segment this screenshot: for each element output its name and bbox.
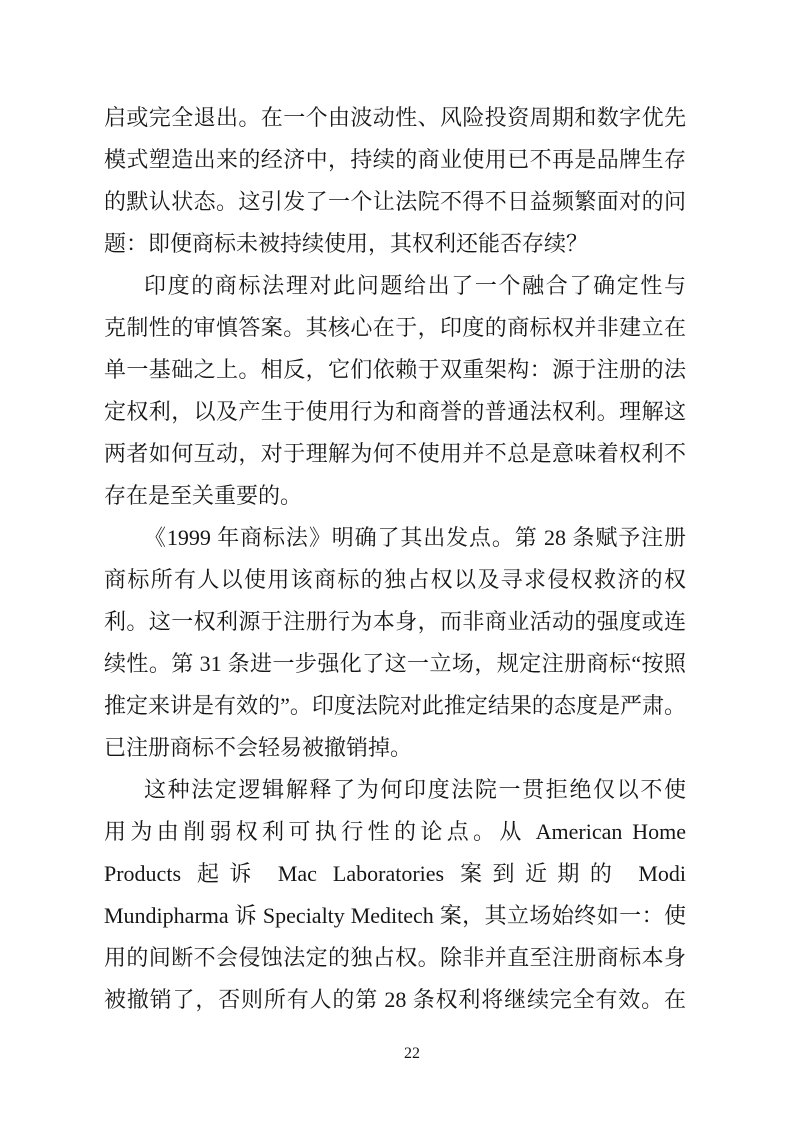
text-line: 的默认状态。这引发了一个让法院不得不日益频繁面对的问 (104, 181, 686, 223)
text-line: 推定来讲是有效的”。印度法院对此推定结果的态度是严肃。 (104, 685, 686, 727)
text-line: 存在是至关重要的。 (104, 475, 686, 517)
text-line: 被撤销了，否则所有人的第 28 条权利将继续完全有效。在 (104, 979, 686, 1021)
text-line: Mundipharma 诉 Specialty Meditech 案，其立场始终… (104, 895, 686, 937)
document-page: 启或完全退出。在一个由波动性、风险投资周期和数字优先模式塑造出来的经济中，持续的… (0, 0, 793, 1122)
text-line: 用的间断不会侵蚀法定的独占权。除非并直至注册商标本身 (104, 937, 686, 979)
text-line: 单一基础之上。相反，它们依赖于双重架构：源于注册的法 (104, 349, 686, 391)
text-line: 用为由削弱权利可执行性的论点。从 American Home (104, 811, 686, 853)
text-line: 启或完全退出。在一个由波动性、风险投资周期和数字优先 (104, 97, 686, 139)
text-line: 利。这一权利源于注册行为本身，而非商业活动的强度或连 (104, 601, 686, 643)
text-line: 两者如何互动，对于理解为何不使用并不总是意味着权利不 (104, 433, 686, 475)
text-line: 这种法定逻辑解释了为何印度法院一贯拒绝仅以不使 (104, 769, 686, 811)
document-body: 启或完全退出。在一个由波动性、风险投资周期和数字优先模式塑造出来的经济中，持续的… (104, 97, 686, 1021)
text-line: 题：即便商标未被持续使用，其权利还能否存续？ (104, 223, 686, 265)
text-line: 已注册商标不会轻易被撤销掉。 (104, 727, 686, 769)
text-line: 模式塑造出来的经济中，持续的商业使用已不再是品牌生存 (104, 139, 686, 181)
text-line: 克制性的审慎答案。其核心在于，印度的商标权并非建立在 (104, 307, 686, 349)
text-line: 商标所有人以使用该商标的独占权以及寻求侵权救济的权 (104, 559, 686, 601)
page-number: 22 (404, 1044, 420, 1064)
text-line: 印度的商标法理对此问题给出了一个融合了确定性与 (104, 265, 686, 307)
text-line: 《1999 年商标法》明确了其出发点。第 28 条赋予注册 (104, 517, 686, 559)
text-line: 续性。第 31 条进一步强化了这一立场，规定注册商标“按照 (104, 643, 686, 685)
text-line: Products 起诉 Mac Laboratories 案到近期的 Modi (104, 853, 686, 895)
text-line: 定权利，以及产生于使用行为和商誉的普通法权利。理解这 (104, 391, 686, 433)
